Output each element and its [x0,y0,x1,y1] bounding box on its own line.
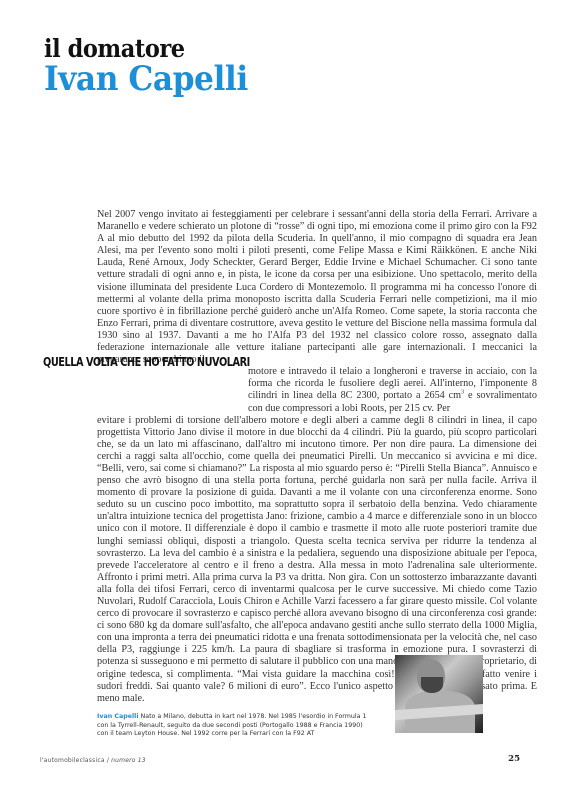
body-paragraph-indented: motore e intravedo il telaio a longheron… [248,366,537,414]
issue-number: numero 13 [111,757,146,764]
article-body: Nel 2007 vengo invitato ai festeggiament… [97,209,537,705]
publication-name: l'automobileclassica / [40,757,111,764]
pull-quote: QUELLA VOLTA CHE HO FATTO NUVOLARI [43,354,250,369]
portrait-photo [395,655,483,733]
footer-publication: l'automobileclassica / numero 13 [40,757,146,764]
magazine-page: il domatore Ivan Capelli Nel 2007 vengo … [0,0,580,787]
photo-beard-shape [421,677,443,693]
body-paragraph: Nel 2007 vengo invitato ai festeggiament… [97,209,537,366]
photo-caption: Ivan Capelli Nato a Milano, debutta in k… [97,713,367,739]
article-kicker: il domatore [44,36,185,61]
article-headline: Ivan Capelli [44,62,248,96]
page-number: 25 [508,754,520,764]
caption-name: Ivan Capelli [97,713,139,720]
